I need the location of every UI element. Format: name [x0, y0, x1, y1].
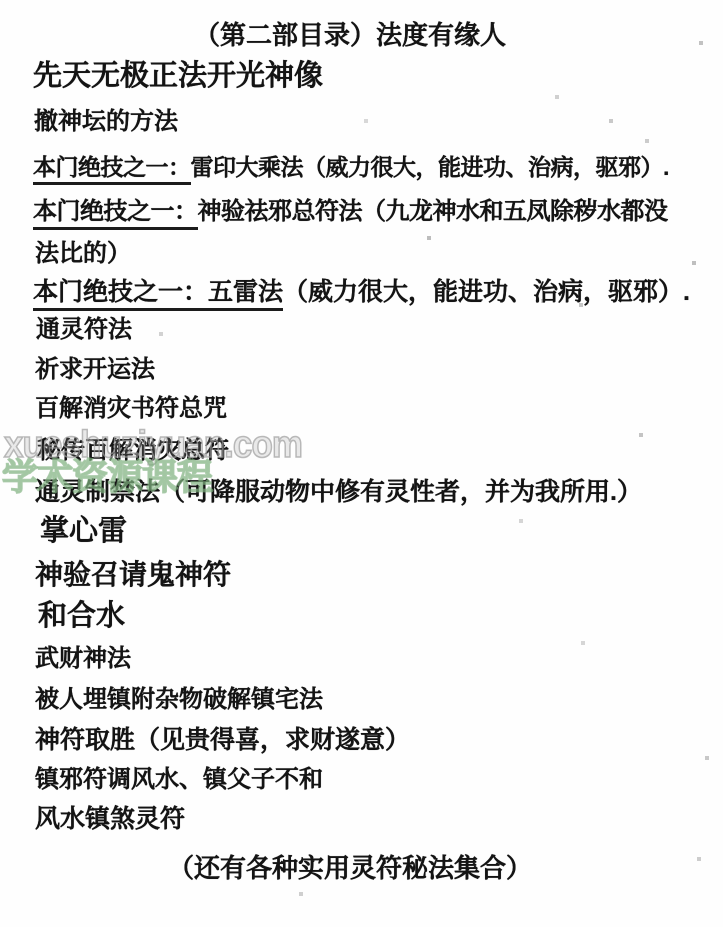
page-title: （第二部目录）法度有缘人	[0, 21, 700, 51]
toc-entry: 和合水	[38, 600, 125, 633]
toc-entry-underline: 本门绝技之一：	[33, 154, 191, 185]
toc-entry: 武财神法	[35, 645, 131, 673]
toc-entry: 先天无极正法开光神像	[33, 60, 323, 93]
toc-entry-text: 神符取胜（见贵得喜，求财遂意）	[35, 726, 410, 754]
toc-entry-text: 法比的）	[35, 240, 131, 267]
toc-entry-text: 镇邪符调风水、镇父子不和	[35, 766, 323, 793]
toc-entry: 风水镇煞灵符	[35, 805, 185, 834]
toc-entry-text: 百解消灾书符总咒	[35, 395, 227, 422]
document-page: （第二部目录）法度有缘人 先天无极正法开光神像 撤神坛的方法 本门绝技之一：雷印…	[0, 0, 723, 927]
toc-entry-text: 通灵符法	[36, 316, 132, 343]
footer-note: （还有各种实用灵符秘法集合）	[0, 854, 700, 884]
toc-entry: 通灵制禁法（可降服动物中修有灵性者，并为我所用.）	[35, 478, 642, 507]
toc-entry: 撤神坛的方法	[34, 108, 178, 136]
toc-entry-text: （威力很大，能进功、治病，驱邪）.	[283, 278, 690, 306]
scan-noise	[0, 0, 2, 2]
toc-entry-text: 秘传百解消灾总符	[37, 437, 229, 464]
toc-entry: 被人埋镇附杂物破解镇宅法	[35, 686, 323, 714]
toc-entry-text: 先天无极正法开光神像	[33, 60, 323, 92]
toc-entry-underline: 本门绝技之一：五雷法	[33, 278, 283, 311]
toc-entry: 祈求开运法	[35, 356, 155, 384]
toc-entry: 通灵符法	[36, 316, 132, 344]
toc-entry-text: 神验祛邪总符法（九龙神水和五凤除秽水都没	[198, 198, 668, 225]
toc-entry: 百解消灾书符总咒	[35, 395, 227, 423]
toc-entry-text: 风水镇煞灵符	[35, 805, 185, 833]
toc-entry-text: 武财神法	[35, 645, 131, 672]
toc-entry: 本门绝技之一：五雷法（威力很大，能进功、治病，驱邪）.	[33, 278, 690, 307]
toc-entry-text: 雷印大乘法（威力很大，能进功、治病，驱邪）.	[191, 154, 669, 180]
toc-entry: 法比的）	[35, 240, 131, 268]
toc-entry-text: 通灵制禁法（可降服动物中修有灵性者，并为我所用.）	[35, 478, 642, 506]
toc-entry-text: 掌心雷	[40, 515, 127, 547]
toc-entry-text: 神验召请鬼神符	[35, 559, 231, 590]
toc-entry: 掌心雷	[40, 515, 127, 548]
toc-entry-text: 祈求开运法	[35, 356, 155, 383]
toc-entry-text: 和合水	[38, 600, 125, 632]
toc-entry-text: 被人埋镇附杂物破解镇宅法	[35, 686, 323, 713]
toc-entry: 神验召请鬼神符	[35, 559, 231, 591]
toc-entry-text: 撤神坛的方法	[34, 108, 178, 135]
toc-entry: 本门绝技之一：雷印大乘法（威力很大，能进功、治病，驱邪）.	[33, 154, 669, 180]
toc-entry: 秘传百解消灾总符	[37, 437, 229, 465]
toc-entry: 本门绝技之一：神验祛邪总符法（九龙神水和五凤除秽水都没	[33, 198, 668, 226]
toc-entry: 神符取胜（见贵得喜，求财遂意）	[35, 726, 410, 755]
toc-entry-underline: 本门绝技之一：	[33, 198, 198, 230]
toc-entry: 镇邪符调风水、镇父子不和	[35, 766, 323, 794]
